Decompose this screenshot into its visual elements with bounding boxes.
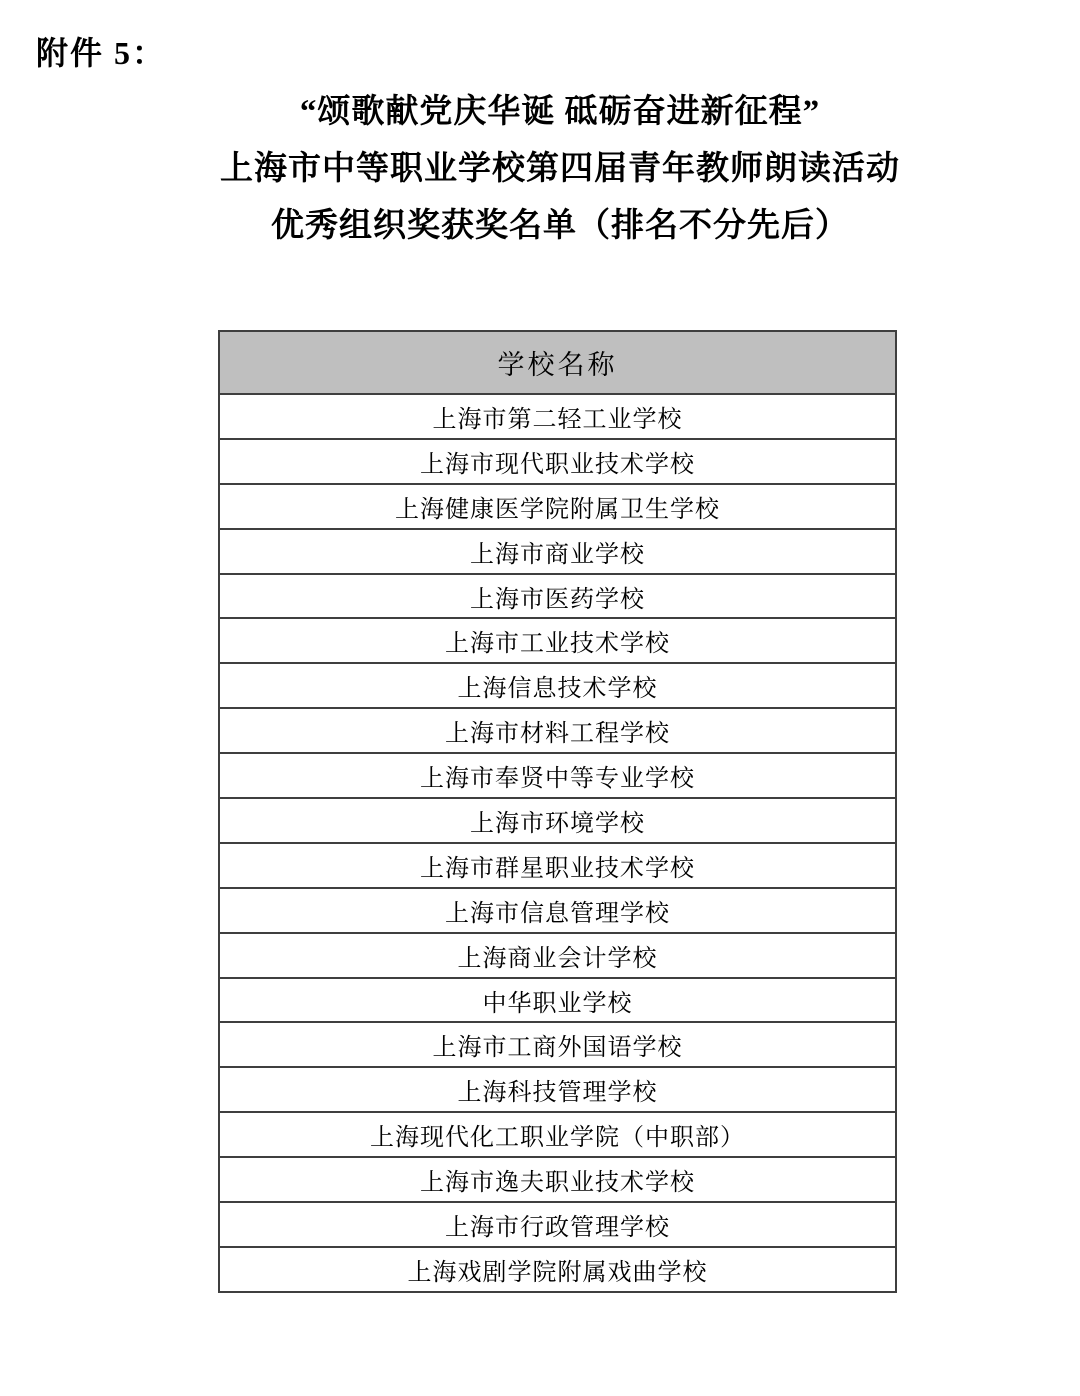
title-line-1: “颂歌献党庆华诞 砥砺奋进新征程”: [40, 84, 1080, 141]
school-name-cell: 上海健康医学院附属卫生学校: [219, 484, 896, 529]
attachment-label: 附件 5：: [36, 28, 166, 74]
table-row: 上海市工商外国语学校: [219, 1022, 896, 1067]
school-name-cell: 上海市工商外国语学校: [219, 1022, 896, 1067]
school-name-cell: 上海市逸夫职业技术学校: [219, 1157, 896, 1202]
school-name-cell: 上海市奉贤中等专业学校: [219, 753, 896, 798]
school-name-cell: 上海市医药学校: [219, 574, 896, 619]
school-name-cell: 上海市行政管理学校: [219, 1202, 896, 1247]
table-row: 上海市逸夫职业技术学校: [219, 1157, 896, 1202]
school-name-cell: 上海市环境学校: [219, 798, 896, 843]
school-table: 学校名称 上海市第二轻工业学校上海市现代职业技术学校上海健康医学院附属卫生学校上…: [218, 330, 897, 1293]
table-row: 上海市商业学校: [219, 529, 896, 574]
school-name-cell: 中华职业学校: [219, 978, 896, 1023]
table-row: 上海市奉贤中等专业学校: [219, 753, 896, 798]
school-name-cell: 上海科技管理学校: [219, 1067, 896, 1112]
school-name-cell: 上海市现代职业技术学校: [219, 439, 896, 484]
table-row: 上海戏剧学院附属戏曲学校: [219, 1247, 896, 1292]
table-row: 上海市信息管理学校: [219, 888, 896, 933]
school-name-cell: 上海商业会计学校: [219, 933, 896, 978]
document-page: 附件 5： “颂歌献党庆华诞 砥砺奋进新征程” 上海市中等职业学校第四届青年教师…: [0, 0, 1080, 1396]
table-row: 上海市群星职业技术学校: [219, 843, 896, 888]
school-name-cell: 上海信息技术学校: [219, 663, 896, 708]
school-name-cell: 上海戏剧学院附属戏曲学校: [219, 1247, 896, 1292]
table-row: 上海市现代职业技术学校: [219, 439, 896, 484]
table-row: 上海商业会计学校: [219, 933, 896, 978]
table-header-row: 学校名称: [219, 331, 896, 394]
table-row: 上海市工业技术学校: [219, 618, 896, 663]
table-row: 上海市行政管理学校: [219, 1202, 896, 1247]
document-title: “颂歌献党庆华诞 砥砺奋进新征程” 上海市中等职业学校第四届青年教师朗读活动 优…: [40, 84, 1080, 255]
table-header-cell: 学校名称: [219, 331, 896, 394]
table-row: 上海信息技术学校: [219, 663, 896, 708]
title-line-2: 上海市中等职业学校第四届青年教师朗读活动: [40, 141, 1080, 198]
table-row: 上海健康医学院附属卫生学校: [219, 484, 896, 529]
table-row: 上海市第二轻工业学校: [219, 394, 896, 439]
title-line-3: 优秀组织奖获奖名单（排名不分先后）: [40, 198, 1080, 255]
table-row: 上海科技管理学校: [219, 1067, 896, 1112]
table-row: 上海市医药学校: [219, 574, 896, 619]
table-row: 上海市环境学校: [219, 798, 896, 843]
school-name-cell: 上海市商业学校: [219, 529, 896, 574]
school-name-cell: 上海市群星职业技术学校: [219, 843, 896, 888]
school-name-cell: 上海市第二轻工业学校: [219, 394, 896, 439]
table-row: 上海市材料工程学校: [219, 708, 896, 753]
school-name-cell: 上海市工业技术学校: [219, 618, 896, 663]
table-row: 中华职业学校: [219, 978, 896, 1023]
table-row: 上海现代化工职业学院（中职部）: [219, 1112, 896, 1157]
school-name-cell: 上海现代化工职业学院（中职部）: [219, 1112, 896, 1157]
school-name-cell: 上海市信息管理学校: [219, 888, 896, 933]
school-table-body: 上海市第二轻工业学校上海市现代职业技术学校上海健康医学院附属卫生学校上海市商业学…: [219, 394, 896, 1292]
school-table-head: 学校名称: [219, 331, 896, 394]
school-name-cell: 上海市材料工程学校: [219, 708, 896, 753]
